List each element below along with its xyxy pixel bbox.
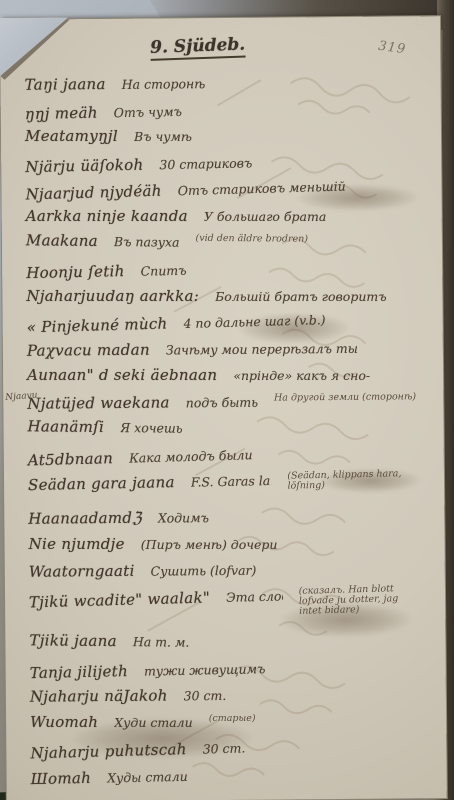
entry-term: Haanaadamdℨ [28, 509, 142, 528]
entry-gloss: (Пиръ менѣ) дочери [141, 536, 278, 551]
entry-gloss: Кака молодъ были [129, 447, 253, 465]
entry-gloss: Въ чумѣ [134, 129, 192, 144]
entry-row: Njaharju puhutscah 30 ст. [30, 734, 420, 763]
entry-gloss: На т. м. [133, 634, 190, 649]
entry-term: Tjikü jaana [29, 631, 117, 650]
entry-row: Njärju üäſokoh 30 стариковъ [25, 150, 415, 176]
entry-term: Paχvacu madan [27, 340, 150, 359]
entry-gloss: Эта слова только [226, 588, 283, 605]
entry-term: Aarkka ninje kaanda [26, 207, 188, 225]
entry-term: Njaharju puhutscah [30, 740, 187, 762]
entry-row: Njaarjud njydéäh Отъ стариковъ меньшій [25, 175, 415, 204]
entry-row: Haanaadamdℨ Ходимъ [28, 506, 418, 527]
entry-gloss: Ходимъ [158, 510, 209, 525]
entry-term: Meatamyŋjl [25, 127, 118, 145]
entry-row: Meatamyŋjl Въ чумѣ [25, 127, 415, 145]
entry-term: Hoonju ſetih [26, 262, 125, 282]
entry-note: (Seädan, klippans hara, löſning) [287, 469, 418, 492]
entry-row: Tjikü jaana На т. м. [29, 631, 419, 652]
entry-gloss: На сторонѣ [122, 76, 206, 92]
entry-row: Waatorngaati Сушить (lofvar) [29, 559, 419, 580]
page-title: 9. Sjüdeb. [150, 35, 246, 61]
entry-note: На другой земли (сторонѣ) [274, 392, 416, 403]
entry-term: Seädan gara jaana [28, 473, 175, 494]
entry-gloss: Спитъ [140, 263, 186, 279]
entry-term: Taŋi jaana [24, 75, 105, 94]
entry-term: Njaarjud njydéäh [25, 182, 162, 204]
entry-gloss: Въ пазуха [114, 234, 180, 250]
entry-row: Haanämſi Я хочешь [28, 418, 418, 439]
entry-term: Wuomah [30, 713, 98, 731]
entry-gloss: Большій братъ говоритъ [215, 288, 386, 303]
entry-note: (сказалъ. Han blott lofvade ju dotter, j… [299, 583, 420, 616]
entry-note: (старые) [209, 714, 256, 724]
entry-row: Njaharjuudaŋ aarkka: Большій братъ говор… [26, 286, 416, 304]
entry-gloss: У большаго брата [204, 209, 326, 224]
entry-gloss: Сушить (lofvar) [151, 563, 257, 579]
entry-row: Nie njumdje (Пиръ менѣ) дочери [29, 534, 419, 552]
entry-row: At5dbnaan Кака молодъ были [28, 440, 418, 469]
page-number: 319 [378, 39, 408, 58]
entry-term: Njaharju näJakoh [30, 687, 168, 706]
entry-row: Maakana Въ пазуха (vid den äldre brodren… [26, 232, 416, 253]
entry-gloss: Зачѣму мои перерѣзалъ ты [166, 340, 358, 357]
entry-row: « Pinjekuné mùch 4 по дальне шаг (v.b.) [26, 308, 416, 337]
entry-row: Paχvacu madan Зачѣму мои перерѣзалъ ты [27, 338, 417, 359]
entry-gloss: тужи живущимъ [144, 661, 266, 679]
entry-term: Tjikü wcadite" waalak" [29, 588, 211, 611]
entry-gloss: Я хочешь [120, 420, 183, 436]
entry-term: Njaharjuudaŋ aarkka: [26, 286, 199, 304]
entry-gloss: подъ быть [186, 394, 258, 410]
entry-row: ŋŋj meäh Отъ чумъ [25, 96, 415, 122]
entry-gloss: Худы стали [107, 769, 188, 786]
entry-gloss: 30 ст. [202, 741, 245, 757]
entry-term: Шomah [30, 769, 91, 788]
entry-term: Njärju üäſokoh [25, 155, 143, 175]
entry-term: At5dbnaan [28, 449, 114, 469]
entry-gloss: 30 стариковъ [159, 155, 252, 172]
entry-term: Njatüjed waekana [27, 393, 170, 412]
entry-row: Njaharju näJakoh 30 ст. [30, 685, 420, 706]
entry-term: ŋŋj meäh [25, 103, 98, 123]
entry-row: Hoonju ſetih Спитъ [26, 256, 416, 282]
entry-term: Nie njumdje [29, 534, 125, 552]
entry-term: « Pinjekuné mùch [26, 315, 167, 337]
entry-row: Tanja jilijeth тужи живущимъ [30, 656, 420, 682]
entry-term: Maakana [26, 232, 98, 251]
manuscript-page: 319 9. Sjüdeb. Njaavu Taŋi jaana [0, 16, 447, 800]
entry-gloss: «прінде» какъ я сно- [233, 368, 370, 383]
entry-term: Aunaan" d seki äebnaan [27, 366, 217, 384]
entry-row: Aarkka ninje kaanda У большаго брата [26, 207, 416, 225]
entry-term: Haanämſi [28, 418, 105, 437]
entry-term: Waatorngaati [29, 562, 135, 581]
entry-list: Taŋi jaana На сторонѣ ŋŋj meäh Отъ чумъ … [24, 72, 420, 785]
entry-gloss: Худи стали [114, 715, 192, 730]
entry-gloss: Отъ стариковъ меньшій [178, 179, 346, 199]
entry-gloss: 30 ст. [184, 688, 227, 703]
entry-note: (vid den äldre brodren) [196, 234, 309, 245]
entry-gloss: Отъ чумъ [114, 103, 182, 119]
entry-row: Njatüjed waekana подъ быть На другой зем… [27, 391, 417, 412]
entry-row: Wuomah Худи стали (старые) [30, 713, 420, 731]
entry-row: Aunaan" d seki äebnaan «прінде» какъ я с… [27, 366, 417, 384]
entry-gloss: F.S. Garas land [191, 473, 272, 490]
entry-row: Taŋi jaana На сторонѣ [24, 72, 414, 93]
entry-row: Шomah Худы стали [30, 762, 420, 788]
entry-gloss: 4 по дальне шаг (v.b.) [183, 312, 325, 331]
entry-row: Tjikü wcadite" waalak" Эта слова только … [29, 582, 420, 630]
entry-row: Seädan gara jaana F.S. Garas land (Seäda… [28, 468, 418, 503]
entry-term: Tanja jilijeth [30, 662, 129, 682]
